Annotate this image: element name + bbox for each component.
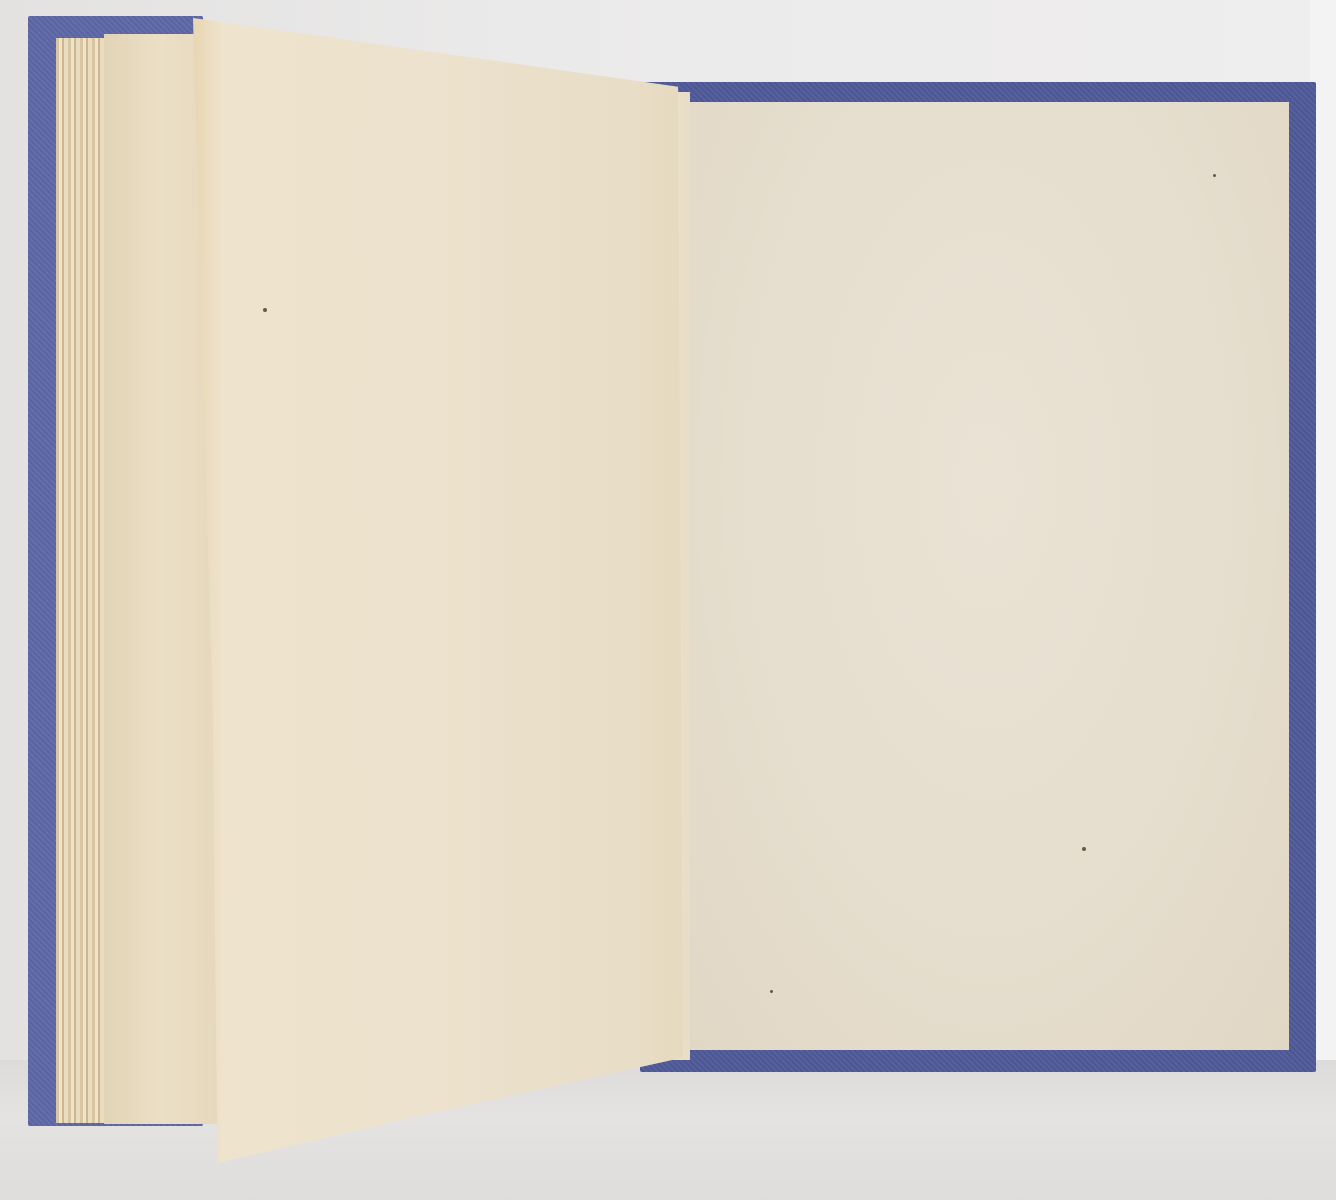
- paper-speck: [1213, 174, 1216, 177]
- left-flyleaf-page: [193, 18, 683, 1163]
- paper-speck: [263, 308, 267, 312]
- paper-speck: [1082, 847, 1086, 851]
- page-block-edges: [56, 38, 108, 1123]
- paper-speck: [770, 990, 773, 993]
- right-pastedown-page: [685, 102, 1289, 1050]
